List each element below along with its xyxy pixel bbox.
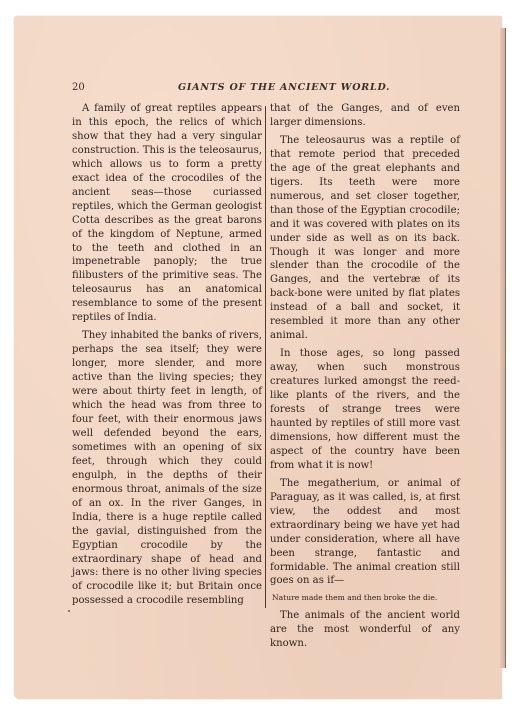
column-divider bbox=[265, 106, 266, 608]
paragraph: A family of great reptiles appears in th… bbox=[72, 102, 262, 325]
right-column: that of the Ganges, and of even larger d… bbox=[270, 102, 460, 651]
book-page: 20 GIANTS OF THE ANCIENT WORLD. A family… bbox=[14, 16, 502, 699]
paragraph: The teleosaurus was a reptile of that re… bbox=[270, 134, 460, 343]
page-number: 20 bbox=[72, 82, 85, 93]
verse-quote: Nature made them and then broke the die. bbox=[270, 592, 460, 603]
running-title: GIANTS OF THE ANCIENT WORLD. bbox=[178, 82, 390, 93]
paper-speck bbox=[68, 610, 70, 612]
running-head: 20 GIANTS OF THE ANCIENT WORLD. bbox=[72, 82, 452, 96]
left-column: A family of great reptiles appears in th… bbox=[72, 102, 262, 612]
paragraph: In those ages, so long passed away, when… bbox=[270, 347, 460, 473]
paragraph: They inhabited the banks of rivers, perh… bbox=[72, 329, 262, 608]
paragraph-continuation: that of the Ganges, and of even larger d… bbox=[270, 102, 460, 130]
page-edge bbox=[500, 28, 506, 668]
paragraph: The megatherium, or animal of Paraguay, … bbox=[270, 477, 460, 589]
closing-paragraph: The animals of the ancient world are the… bbox=[270, 609, 460, 651]
